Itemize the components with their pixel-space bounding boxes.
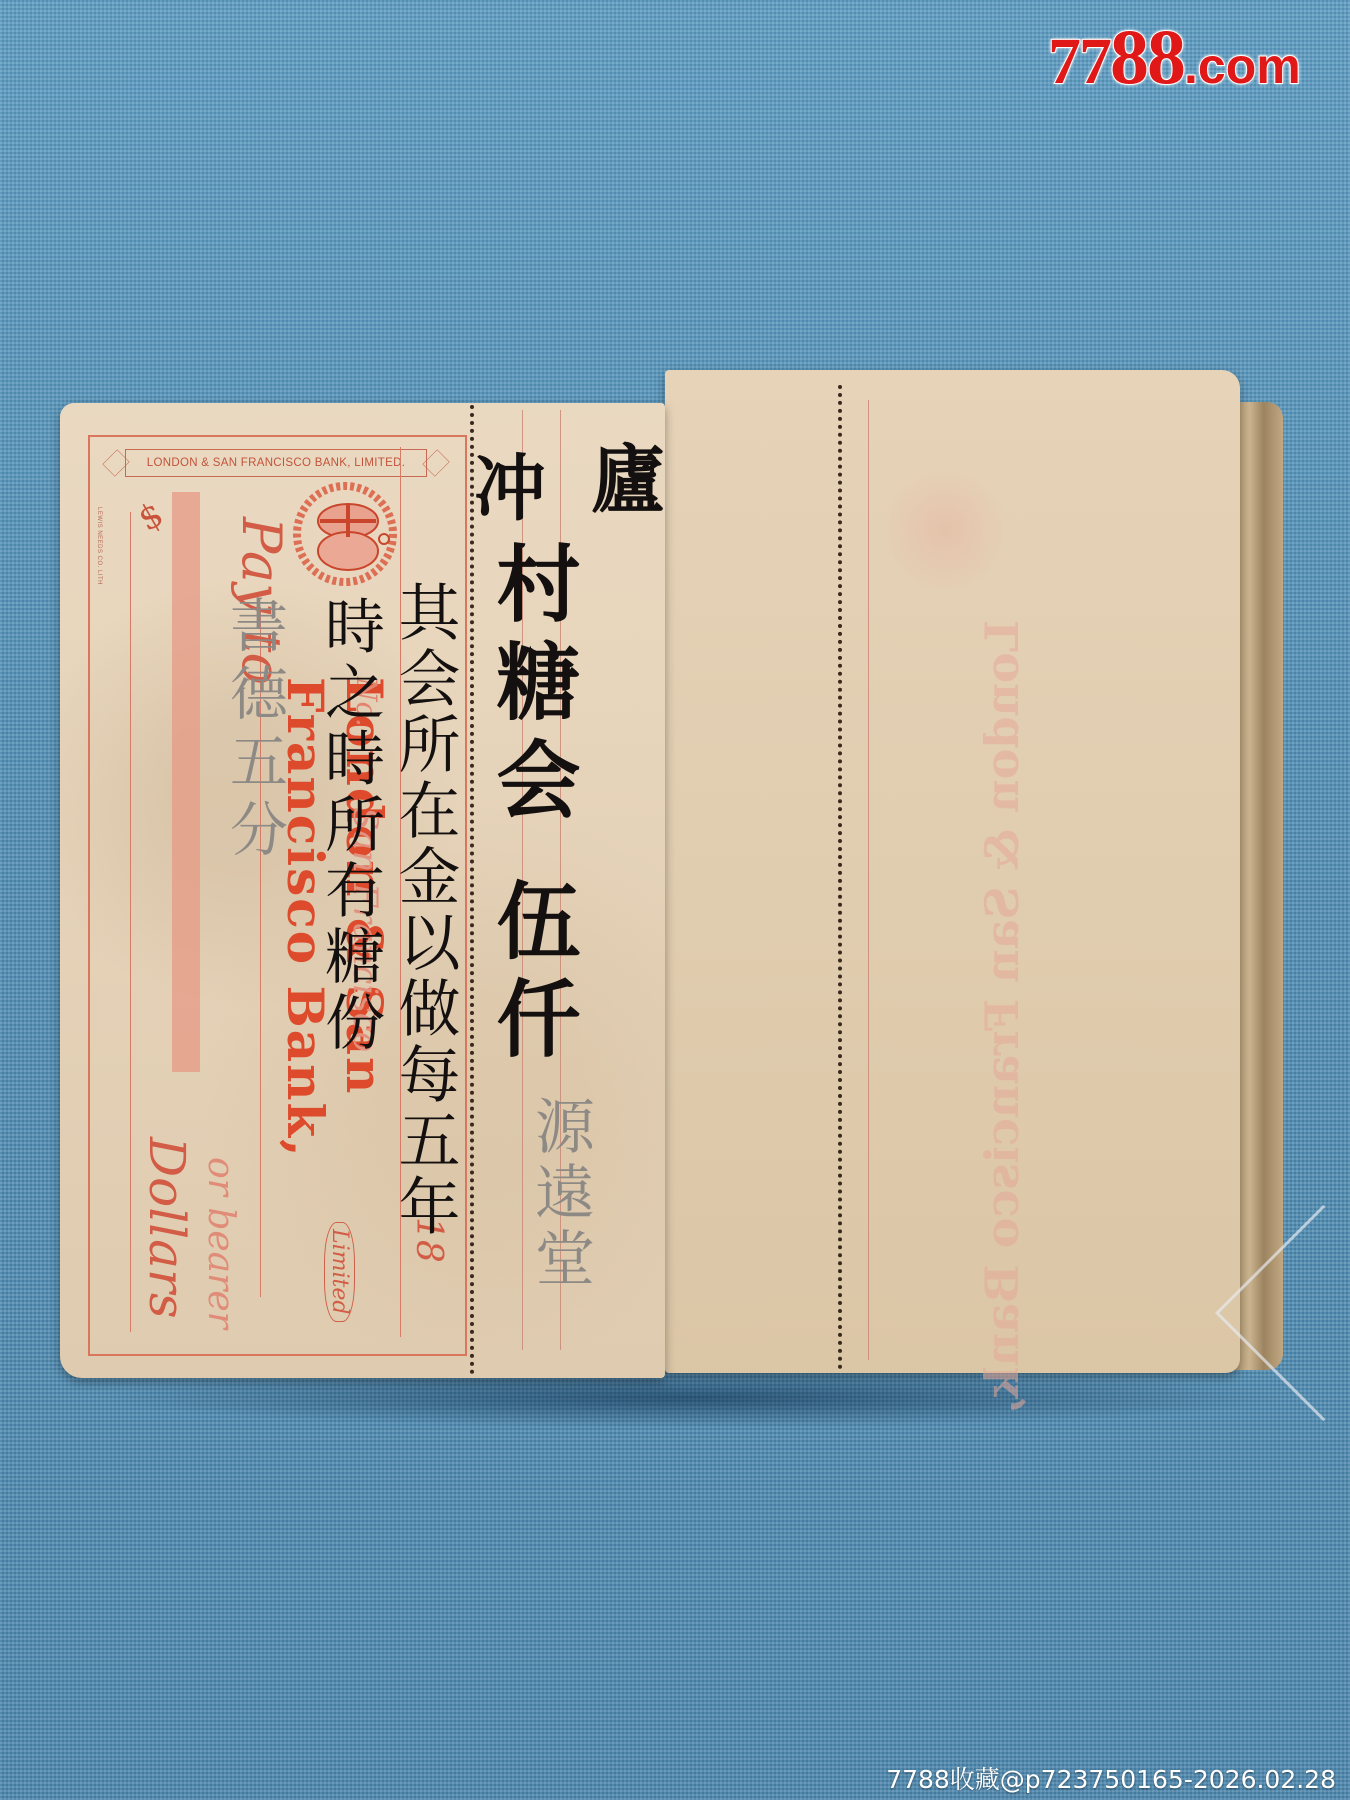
perforation-right [838,385,842,1370]
bank-title: LONDON & SAN FRANCISCO BANK, LIMITED. [147,457,405,469]
dollar-sign-icon: $ [131,494,170,539]
pencil-note-left: 書德五分 [225,595,283,867]
ink-calligraphy-col-4: 其会所在金以做每五年 [393,580,455,1240]
bank-crest-icon [290,479,400,589]
site-watermark-logo: 7788.com [1048,12,1301,102]
offset-crest-ghost [880,470,1010,590]
dollars-label: Dollars [138,1137,196,1319]
or-bearer-label: or bearer [200,1157,241,1329]
amount-bar [172,492,200,1072]
footer-caption: 7788收藏@p723750165-2026.02.28 [886,1760,1336,1796]
perforation-left [470,405,474,1375]
limited-label: Limited [324,1222,355,1322]
right-page-rule [868,400,869,1360]
printer-imprint: LEWIS NEEDS CO. LITH [96,507,102,585]
page-stack-edge [1235,402,1283,1370]
ink-calligraphy-col-3: 冲 [468,450,540,522]
ink-calligraphy-col-2: 村糖会 伍仟 [490,540,574,1073]
watermark-domain: .com [1184,38,1301,94]
bank-title-banner: LONDON & SAN FRANCISCO BANK, LIMITED. [125,449,427,477]
pencil-note-stub: 源遠堂 [530,1095,590,1293]
offset-bank-name-ghost: London & San Francisco Bank, [975,620,1029,1414]
watermark-digits-large: 88 [1110,13,1184,100]
ink-calligraphy-col-5: 時之時所有糖份 [320,595,380,1057]
watermark-digits-small: 77 [1048,25,1110,98]
cheque-rule-1 [130,512,131,1332]
ink-calligraphy-col-1: 廬 [585,440,659,514]
